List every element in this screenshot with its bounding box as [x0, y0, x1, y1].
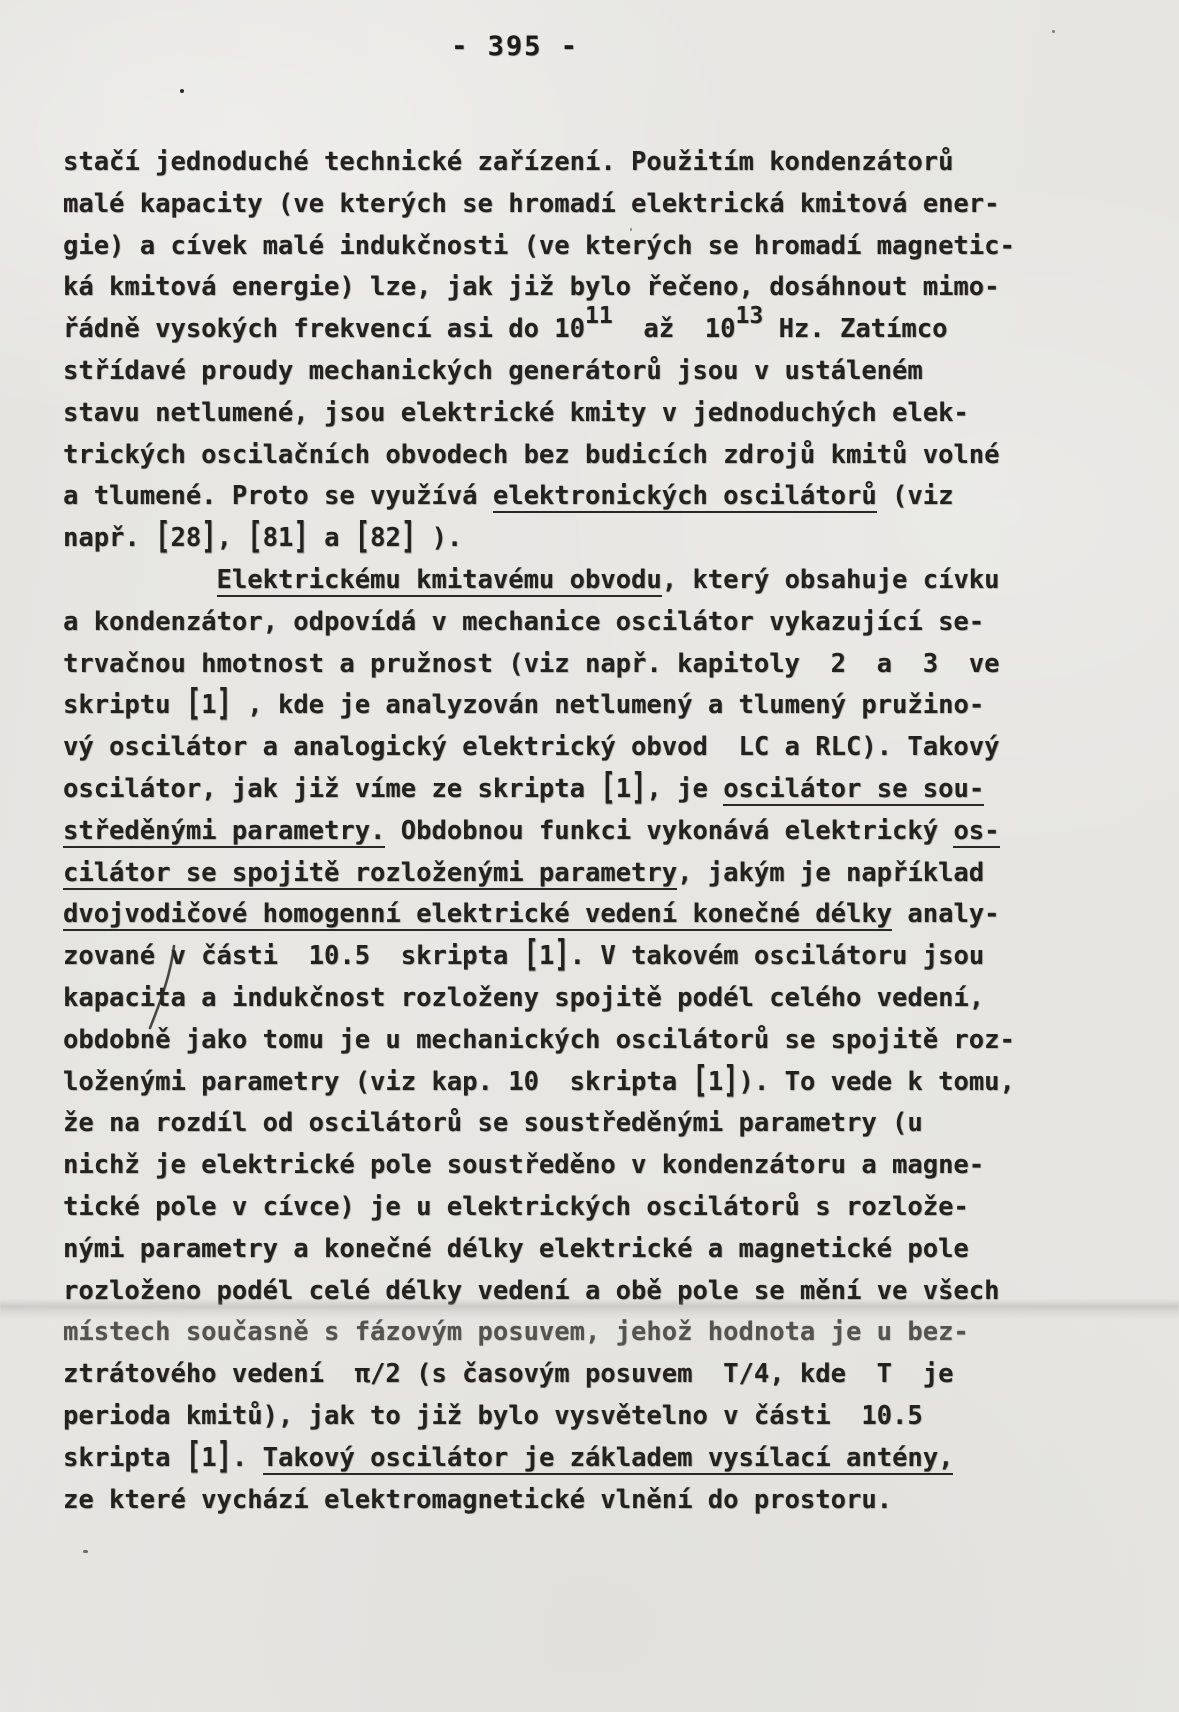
text-segment: dvojvodičové homogenní elektrické vedení…	[63, 899, 892, 931]
bracket: ]	[201, 509, 216, 568]
bracket: ]	[723, 1052, 738, 1111]
text-line: oscilátor, jak již víme ze skripta [1], …	[63, 769, 1015, 811]
scan-artifact-band	[0, 1299, 1179, 1319]
text-line: stavu netlumené, jsou elektrické kmity v…	[63, 393, 1015, 435]
text-line: skriptu [1] , kde je analyzován netlumen…	[63, 685, 1015, 727]
text-segment: 13	[736, 296, 764, 338]
text-line: malé kapacity (ve kterých se hromadí ele…	[63, 184, 1015, 226]
text-segment: , jakým je například	[677, 858, 984, 888]
text-segment: např.	[63, 523, 155, 553]
text-line: zované v části 10.5 skripta [1]. V takov…	[63, 936, 1015, 978]
text-line: např. [28], [81] a [82] ).	[63, 518, 1015, 560]
text-segment: až 10	[613, 314, 736, 344]
text-segment: .	[232, 1443, 263, 1473]
reference-number: 28	[170, 523, 201, 553]
bracket: [	[186, 676, 201, 735]
text-segment: perioda kmitů), jak to již bylo vysvětel…	[63, 1401, 923, 1431]
text-segment: Obdobnou funkci vykonává elektrický	[385, 816, 953, 846]
bracket: ]	[401, 509, 416, 568]
text-segment: obdobně jako tomu je u mechanických osci…	[63, 1025, 1015, 1055]
text-segment: stačí jednoduché technické zařízení. Pou…	[63, 147, 953, 177]
text-line: středěnými parametry. Obdobnou funkci vy…	[63, 811, 1015, 853]
text-line: kapacita a indukčnost rozloženy spojitě …	[63, 978, 1015, 1020]
text-segment: ).	[416, 523, 462, 553]
bracket: ]	[554, 926, 569, 985]
text-segment: cilátor se spojitě rozloženými parametry	[63, 858, 677, 890]
bracket: [	[524, 926, 539, 985]
text-segment: ,	[217, 523, 248, 553]
text-line: dvojvodičové homogenní elektrické vedení…	[63, 894, 1015, 936]
text-line: nými parametry a konečné délky elektrick…	[63, 1229, 1015, 1271]
text-segment: . V takovém oscilátoru jsou	[570, 941, 985, 971]
text-line: a kondenzátor, odpovídá v mechanice osci…	[63, 602, 1015, 644]
reference-number: 1	[616, 774, 631, 804]
reference-number: 81	[263, 523, 294, 553]
text-segment	[63, 565, 217, 595]
text-segment: , který obsahuje cívku	[662, 565, 1000, 595]
text-segment: místech současně s fázovým posuvem, jeho…	[63, 1317, 969, 1347]
text-segment: a	[309, 523, 355, 553]
text-segment: střídavé proudy mechanických generátorů …	[63, 356, 923, 386]
reference-number: 1	[201, 690, 216, 720]
bracket: ]	[631, 759, 646, 818]
text-line: ze které vychází elektromagnetické vlněn…	[63, 1480, 1015, 1522]
paper-speck	[1052, 30, 1055, 33]
text-segment: zované v části 10.5 skripta	[63, 941, 524, 971]
text-segment: (viz	[877, 481, 954, 511]
text-segment: os-	[953, 816, 999, 848]
text-segment: , kde je analyzován netlumený a tlumený …	[232, 690, 984, 720]
text-line: nichž je elektrické pole soustředěno v k…	[63, 1145, 1015, 1187]
text-line: skripta [1]. Takový oscilátor je základe…	[63, 1438, 1015, 1480]
text-segment: skriptu	[63, 690, 186, 720]
paper-speck	[180, 89, 184, 93]
text-segment: , je	[646, 774, 723, 804]
text-line: loženými parametry (viz kap. 10 skripta …	[63, 1062, 1015, 1104]
paper-speck	[83, 1550, 88, 1553]
text-segment: malé kapacity (ve kterých se hromadí ele…	[63, 189, 1000, 219]
text-segment: ze které vychází elektromagnetické vlněn…	[63, 1485, 892, 1515]
bracket: ]	[217, 676, 232, 735]
reference-number: 1	[708, 1067, 723, 1097]
bracket: [	[692, 1052, 707, 1111]
text-segment: stavu netlumené, jsou elektrické kmity v…	[63, 398, 969, 428]
reference-number: 1	[539, 941, 554, 971]
reference-number: 1	[201, 1443, 216, 1473]
bracket: [	[155, 509, 170, 568]
text-segment: že na rozdíl od oscilátorů se soustředěn…	[63, 1108, 923, 1138]
text-segment: Elektrickému kmitavému obvodu	[217, 565, 662, 597]
text-segment: Takový oscilátor je základem vysílací an…	[263, 1443, 954, 1475]
text-line: trických oscilačních obvodech bez budicí…	[63, 435, 1015, 477]
scanned-document-page: { "colors": { "paper": "#e8e7e4", "ink":…	[0, 0, 1179, 1712]
text-segment: ztrátového vedení π/2 (s časovým posuvem…	[63, 1359, 953, 1389]
text-line: obdobně jako tomu je u mechanických osci…	[63, 1020, 1015, 1062]
page-number: - 395 -	[0, 31, 1030, 62]
bracket: [	[600, 759, 615, 818]
text-line: stačí jednoduché technické zařízení. Pou…	[63, 142, 1015, 184]
text-segment: nými parametry a konečné délky elektrick…	[63, 1234, 969, 1264]
text-line: perioda kmitů), jak to již bylo vysvětel…	[63, 1396, 1015, 1438]
text-segment: a kondenzátor, odpovídá v mechanice osci…	[63, 607, 984, 637]
text-line: ztrátového vedení π/2 (s časovým posuvem…	[63, 1354, 1015, 1396]
bracket: ]	[217, 1428, 232, 1487]
reference-number: 82	[370, 523, 401, 553]
text-segment: trvačnou hmotnost a pružnost (viz např. …	[63, 649, 1000, 679]
text-segment: Hz. Zatímco	[763, 314, 947, 344]
bracket: [	[247, 509, 262, 568]
text-line: gie) a cívek malé indukčnosti (ve kterýc…	[63, 226, 1015, 268]
text-segment: elektronických oscilátorů	[493, 481, 877, 513]
bracket: [	[186, 1428, 201, 1487]
text-segment: 11	[585, 296, 613, 338]
text-line: trvačnou hmotnost a pružnost (viz např. …	[63, 644, 1015, 686]
text-segment: řádně vysokých frekvencí asi do 10	[63, 314, 585, 344]
text-line: ká kmitová energie) lze, jak již bylo ře…	[63, 267, 1015, 309]
text-line: cilátor se spojitě rozloženými parametry…	[63, 853, 1015, 895]
text-line: střídavé proudy mechanických generátorů …	[63, 351, 1015, 393]
text-line: vý oscilátor a analogický elektrický obv…	[63, 727, 1015, 769]
text-segment: tické pole v cívce) je u elektrických os…	[63, 1192, 969, 1222]
text-segment: ). To vede k tomu,	[739, 1067, 1015, 1097]
text-line: řádně vysokých frekvencí asi do 1011 až …	[63, 309, 1015, 351]
text-line: že na rozdíl od oscilátorů se soustředěn…	[63, 1103, 1015, 1145]
text-segment: analy-	[892, 899, 999, 929]
text-segment: oscilátor, jak již víme ze skripta	[63, 774, 600, 804]
text-segment: nichž je elektrické pole soustředěno v k…	[63, 1150, 984, 1180]
text-segment: středěnými parametry.	[63, 816, 385, 848]
bracket: [	[355, 509, 370, 568]
text-segment: kapacita a indukčnost rozloženy spojitě …	[63, 983, 984, 1013]
text-segment: vý oscilátor a analogický elektrický obv…	[63, 732, 1000, 762]
bracket: ]	[293, 509, 308, 568]
text-segment: ká kmitová energie) lze, jak již bylo ře…	[63, 272, 1000, 302]
text-segment: gie) a cívek malé indukčnosti (ve kterýc…	[63, 231, 1015, 261]
text-segment: loženými parametry (viz kap. 10 skripta	[63, 1067, 692, 1097]
text-segment: skripta	[63, 1443, 186, 1473]
text-segment: a tlumené. Proto se využívá	[63, 481, 493, 511]
text-line: tické pole v cívce) je u elektrických os…	[63, 1187, 1015, 1229]
text-segment: trických oscilačních obvodech bez budicí…	[63, 440, 1000, 470]
text-segment: oscilátor se sou-	[723, 774, 984, 806]
pen-stroke-artifact	[138, 942, 194, 1034]
